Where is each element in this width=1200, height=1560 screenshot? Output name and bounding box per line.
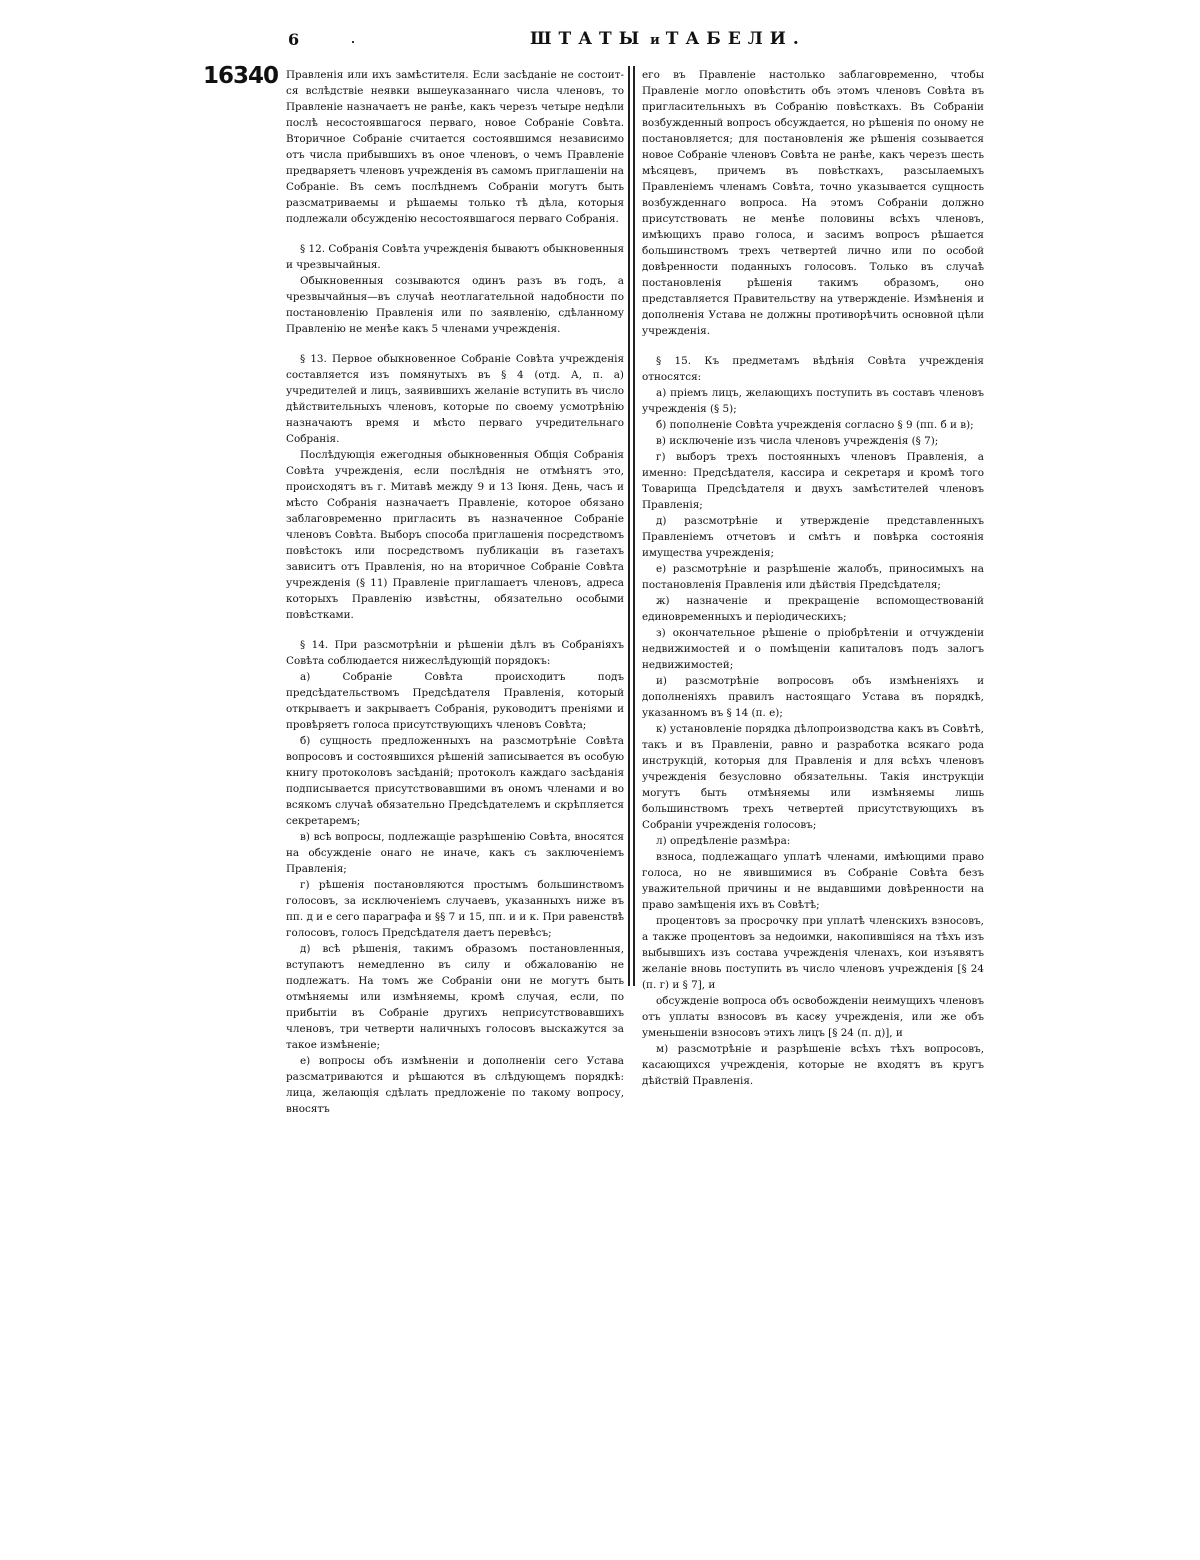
paragraph: Обыкновенныя созываются одинъ разъ въ го…	[286, 273, 624, 337]
running-head-part2: ТАБЕЛИ.	[666, 29, 806, 49]
clause-v: в) исключеніе изъ числа членовъ учрежден…	[642, 433, 984, 449]
clause-g: г) рѣшенія постановляются простымъ больш…	[286, 877, 624, 941]
section-14: § 14. При разсмотрѣніи и рѣшеніи дѣлъ въ…	[286, 637, 624, 669]
clause-b: б) сущность предложенныхъ на разсмотрѣні…	[286, 733, 624, 829]
clause-i: и) разсмотрѣніе вопросовъ объ измѣненіях…	[642, 673, 984, 721]
speck	[352, 41, 354, 43]
clause-d: д) всѣ рѣшенія, такимъ образомъ постанов…	[286, 941, 624, 1053]
clause-a: а) пріемъ лицъ, желающихъ поступить въ с…	[642, 385, 984, 417]
clause-l-1: взноса, подлежащаго уплатѣ членами, имѣю…	[642, 849, 984, 913]
page-number: 6	[288, 30, 299, 49]
paragraph-continuation: его въ Правленіе настолько заблаговремен…	[642, 67, 984, 339]
document-number: 16340	[203, 64, 278, 88]
clause-l: л) опредѣленіе размѣра:	[642, 833, 984, 849]
paragraph-continuation: Правленія или ихъ замѣстителя. Если засѣ…	[286, 67, 624, 227]
clause-g: г) выборъ трехъ постоянныхъ членовъ Прав…	[642, 449, 984, 513]
column-divider-right	[633, 66, 635, 986]
clause-d: д) разсмотрѣніе и утвержденіе представле…	[642, 513, 984, 561]
running-head-part1: ШТАТЫ	[530, 29, 646, 49]
running-head: ШТАТЫиТАБЕЛИ.	[530, 29, 806, 49]
clause-m: м) разсмотрѣніе и разрѣшеніе всѣхъ тѣхъ …	[642, 1041, 984, 1089]
paragraph: Послѣдующія ежегодныя обыкновенныя Общія…	[286, 447, 624, 623]
clause-k: к) установленіе порядка дѣлопроизводства…	[642, 721, 984, 833]
clause-e: е) вопросы объ измѣненіи и дополненіи се…	[286, 1053, 624, 1117]
clause-e: е) разсмотрѣніе и разрѣшеніе жалобъ, при…	[642, 561, 984, 593]
speck	[817, 1016, 819, 1018]
clause-a: а) Собраніе Совѣта происходитъ подъ пред…	[286, 669, 624, 733]
clause-l-3: обсужденіе вопроса объ освобожденіи неим…	[642, 993, 984, 1041]
clause-l-2: процентовъ за просрочку при уплатѣ членс…	[642, 913, 984, 993]
section-12: § 12. Собранія Совѣта учрежденія бываютъ…	[286, 241, 624, 273]
left-column: Правленія или ихъ замѣстителя. Если засѣ…	[286, 67, 624, 1117]
clause-z: з) окончательное рѣшеніе о пріобрѣтеніи …	[642, 625, 984, 673]
running-head-conj: и	[650, 33, 662, 48]
section-13: § 13. Первое обыкновенное Собраніе Совѣт…	[286, 351, 624, 447]
column-divider-left	[628, 66, 630, 986]
right-column: его въ Правленіе настолько заблаговремен…	[642, 67, 984, 1089]
section-15: § 15. Къ предметамъ вѣдѣнія Совѣта учреж…	[642, 353, 984, 385]
clause-zh: ж) назначеніе и прекращеніе вспомощество…	[642, 593, 984, 625]
clause-v: в) всѣ вопросы, подлежащіе разрѣшенію Со…	[286, 829, 624, 877]
clause-b: б) пополненіе Совѣта учрежденія согласно…	[642, 417, 984, 433]
